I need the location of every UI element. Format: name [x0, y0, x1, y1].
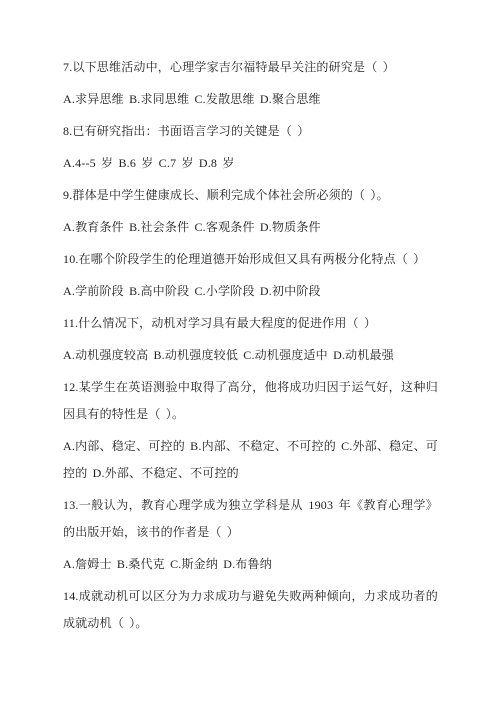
question-options: A.詹姆士 B.桑代克 C.斯金纳 D.布鲁纳 — [63, 551, 438, 578]
question-stem: 8.已有研究指出：书面语言学习的关键是（ ） — [63, 118, 438, 145]
question-options: A.4--5 岁 B.6 岁 C.7 岁 D.8 岁 — [63, 150, 438, 177]
question-stem: 12.某学生在英语测验中取得了高分，他将成功归因于运气好，这种归因具有的特性是（… — [63, 374, 438, 428]
document-page: 7.以下思维活动中，心理学家吉尔福特最早关注的研究是（ ） A.求异思维 B.求… — [0, 0, 500, 708]
question-stem: 11.什么情况下，动机对学习具有最大程度的促进作用（ ） — [63, 310, 438, 337]
question-stem: 9.群体是中学生健康成长、顺利完成个体社会所必须的（ ）。 — [63, 182, 438, 209]
question-stem: 14.成就动机可以区分为力求成功与避免失败两种倾向，力求成功者的成就动机（ ）。 — [63, 583, 438, 637]
question-stem: 7.以下思维活动中，心理学家吉尔福特最早关注的研究是（ ） — [63, 54, 438, 81]
question-options: A.学前阶段 B.高中阶段 C.小学阶段 D.初中阶段 — [63, 278, 438, 305]
question-options: A.内部、稳定、可控的 B.内部、不稳定、不可控的 C.外部、稳定、可控的 D.… — [63, 433, 438, 487]
question-stem: 13.一般认为，教育心理学成为独立学科是从 1903 年《教育心理学》的出版开始… — [63, 492, 438, 546]
question-stem: 10.在哪个阶段学生的伦理道德开始形成但又具有两极分化特点（ ） — [63, 246, 438, 273]
question-block-12: 12.某学生在英语测验中取得了高分，他将成功归因于运气好，这种归因具有的特性是（… — [63, 374, 438, 487]
question-block-8: 8.已有研究指出：书面语言学习的关键是（ ） A.4--5 岁 B.6 岁 C.… — [63, 118, 438, 177]
question-block-14: 14.成就动机可以区分为力求成功与避免失败两种倾向，力求成功者的成就动机（ ）。 — [63, 583, 438, 637]
question-block-9: 9.群体是中学生健康成长、顺利完成个体社会所必须的（ ）。 A.教育条件 B.社… — [63, 182, 438, 241]
question-options: A.教育条件 B.社会条件 C.客观条件 D.物质条件 — [63, 214, 438, 241]
question-options: A.动机强度较高 B.动机强度较低 C.动机强度适中 D.动机最强 — [63, 342, 438, 369]
question-block-13: 13.一般认为，教育心理学成为独立学科是从 1903 年《教育心理学》的出版开始… — [63, 492, 438, 578]
question-block-10: 10.在哪个阶段学生的伦理道德开始形成但又具有两极分化特点（ ） A.学前阶段 … — [63, 246, 438, 305]
question-options: A.求异思维 B.求同思维 C.发散思维 D.聚合思维 — [63, 86, 438, 113]
questions-list: 7.以下思维活动中，心理学家吉尔福特最早关注的研究是（ ） A.求异思维 B.求… — [63, 54, 438, 637]
question-block-7: 7.以下思维活动中，心理学家吉尔福特最早关注的研究是（ ） A.求异思维 B.求… — [63, 54, 438, 113]
question-block-11: 11.什么情况下，动机对学习具有最大程度的促进作用（ ） A.动机强度较高 B.… — [63, 310, 438, 369]
